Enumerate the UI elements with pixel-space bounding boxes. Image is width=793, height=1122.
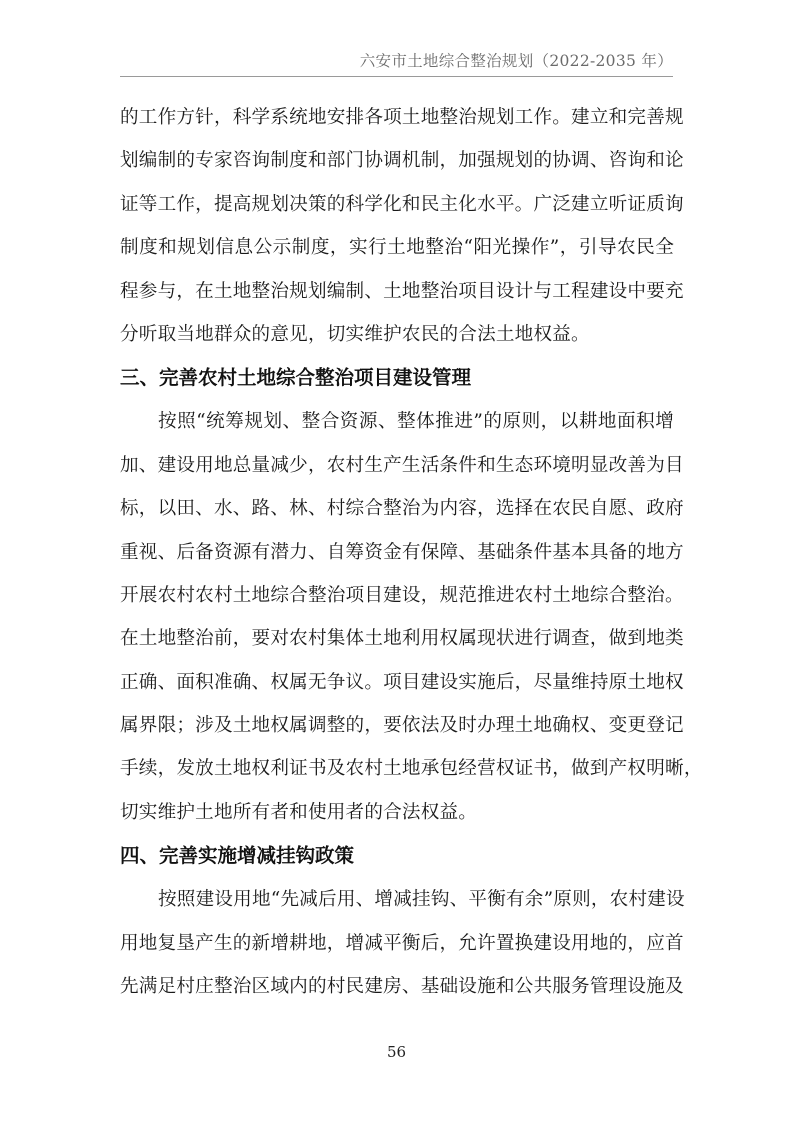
text-line: 按照“统筹规划、整合资源、整体推进”的原则，以耕地面积增 [120, 400, 674, 443]
text-line: 标，以田、水、路、林、村综合整治为内容，选择在农民自愿、政府 [120, 487, 674, 530]
text-line: 按照建设用地“先减后用、增减挂钩、平衡有余”原则，农村建设 [120, 878, 674, 921]
text-line: 先满足村庄整治区域内的村民建房、基础设施和公共服务管理设施及 [120, 965, 674, 1008]
text-line: 开展农村农村土地综合整治项目建设，规范推进农村土地综合整治。 [120, 574, 674, 617]
text-line: 重视、后备资源有潜力、自筹资金有保障、基础条件基本具备的地方 [120, 531, 674, 574]
running-header: 六安市土地综合整治规划（2022-2035 年） [120, 50, 673, 77]
section-4-paragraph: 按照建设用地“先减后用、增减挂钩、平衡有余”原则，农村建设 用地复垦产生的新增耕… [120, 878, 674, 1008]
section-heading-3: 三、完善农村土地综合整治项目建设管理 [120, 356, 674, 400]
text-line: 在土地整治前，要对农村集体土地利用权属现状进行调查，做到地类 [120, 617, 674, 660]
text-line: 程参与，在土地整治规划编制、土地整治项目设计与工程建设中要充 [120, 270, 674, 313]
text-line: 制度和规划信息公示制度，实行土地整治“阳光操作”，引导农民全 [120, 226, 674, 269]
text-line: 划编制的专家咨询制度和部门协调机制，加强规划的协调、咨询和论 [120, 139, 674, 182]
page-number: 56 [0, 1043, 793, 1061]
section-heading-4: 四、完善实施增减挂钩政策 [120, 834, 674, 878]
text-line: 证等工作，提高规划决策的科学化和民主化水平。广泛建立听证质询 [120, 183, 674, 226]
text-line: 属界限；涉及土地权属调整的，要依法及时办理土地确权、变更登记 [120, 704, 674, 747]
paragraph-continuation: 的工作方针，科学系统地安排各项土地整治规划工作。建立和完善规 划编制的专家咨询制… [120, 96, 674, 356]
document-title: 六安市土地综合整治规划（2022-2035 年） [360, 52, 673, 70]
text-line: 手续，发放土地权利证书及农村土地承包经营权证书，做到产权明晰， [120, 747, 674, 790]
text-line: 分听取当地群众的意见，切实维护农民的合法土地权益。 [120, 313, 674, 356]
text-line: 的工作方针，科学系统地安排各项土地整治规划工作。建立和完善规 [120, 96, 674, 139]
text-line: 用地复垦产生的新增耕地，增减平衡后，允许置换建设用地的，应首 [120, 922, 674, 965]
text-line: 正确、面积准确、权属无争议。项目建设实施后，尽量维持原土地权 [120, 661, 674, 704]
text-line: 切实维护土地所有者和使用者的合法权益。 [120, 791, 674, 834]
page-body: 的工作方针，科学系统地安排各项土地整治规划工作。建立和完善规 划编制的专家咨询制… [120, 96, 674, 1008]
text-line: 加、建设用地总量减少，农村生产生活条件和生态环境明显改善为目 [120, 444, 674, 487]
section-3-paragraph: 按照“统筹规划、整合资源、整体推进”的原则，以耕地面积增 加、建设用地总量减少，… [120, 400, 674, 834]
